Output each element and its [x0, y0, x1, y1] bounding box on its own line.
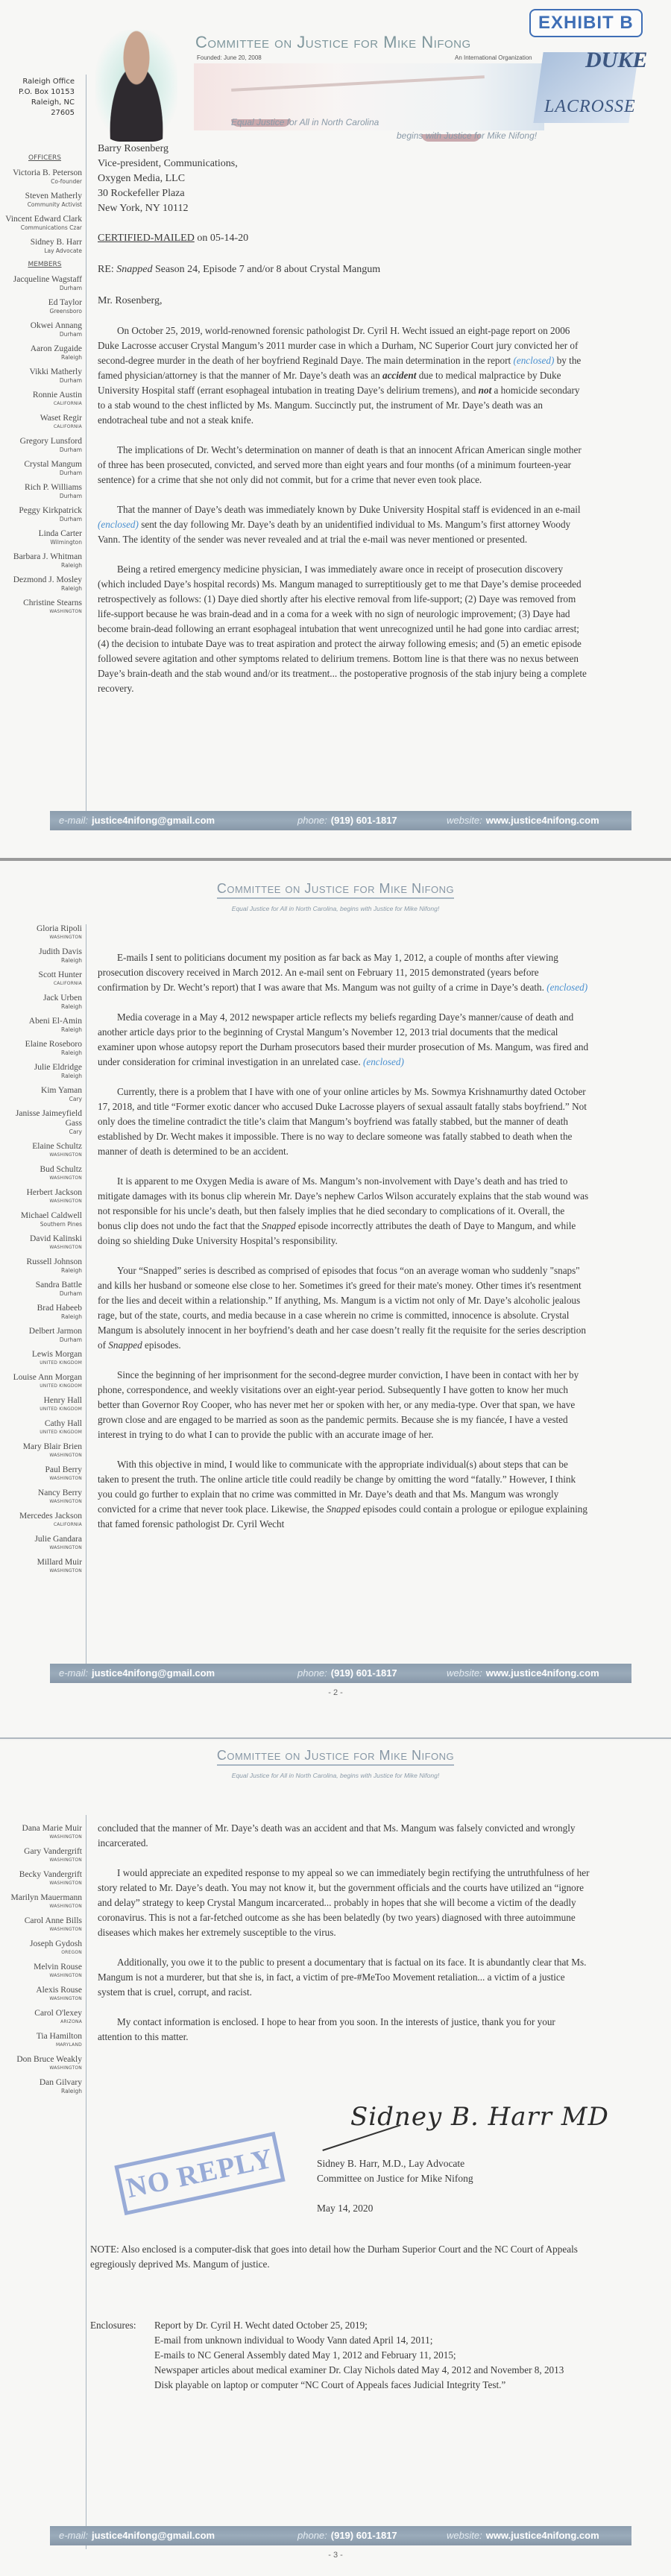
footer-website[interactable]: www.justice4nifong.com	[486, 1667, 599, 1679]
person-name: Herbert Jackson	[0, 1188, 82, 1198]
person-subtitle: WASHINGTON	[0, 1175, 82, 1182]
roster-person: Abeni El-AminRaleigh	[0, 1017, 82, 1034]
person-subtitle: WASHINGTON	[0, 2065, 82, 2072]
person-subtitle: MARYLAND	[0, 2042, 82, 2049]
person-name: Henry Hall	[0, 1396, 82, 1406]
roster-person: Herbert JacksonWASHINGTON	[0, 1188, 82, 1205]
page-number: - 2 -	[0, 1688, 671, 1697]
person-name: Vincent Edward Clark	[0, 215, 82, 224]
person-name: Don Bruce Weakly	[0, 2055, 82, 2065]
person-subtitle: Durham	[0, 377, 82, 385]
page-2: Committee on Justice for Mike Nifong Equ…	[0, 861, 671, 1737]
paragraph-4: Being a retired emergency medicine physi…	[98, 562, 590, 696]
person-name: Peggy Kirkpatrick	[0, 506, 82, 516]
exhibit-stamp: EXHIBIT B	[529, 9, 643, 37]
person-subtitle: Raleigh	[0, 585, 82, 593]
paragraph-12: I would appreciate an expedited response…	[98, 1866, 590, 1940]
person-name: Nancy Berry	[0, 1489, 82, 1498]
office-city: Raleigh, NC	[0, 98, 75, 108]
person-name: Okwei Annang	[0, 321, 82, 331]
person-name: Barbara J. Whitman	[0, 552, 82, 562]
person-name: Steven Matherly	[0, 192, 82, 201]
re-prefix: RE:	[98, 264, 116, 275]
person-subtitle: WASHINGTON	[0, 934, 82, 941]
roster-person: Steven MatherlyCommunity Activist	[0, 192, 82, 209]
person-subtitle: Durham	[0, 516, 82, 523]
person-subtitle: Raleigh	[0, 354, 82, 362]
enclosures-label: Enclosures:	[90, 2318, 136, 2333]
person-name: Cathy Hall	[0, 1419, 82, 1429]
person-subtitle: Raleigh	[0, 1267, 82, 1275]
paragraph-11-cont: concluded that the manner of Mr. Daye’s …	[98, 1821, 590, 1851]
person-subtitle: WASHINGTON	[0, 1995, 82, 2003]
person-subtitle: Greensboro	[0, 308, 82, 315]
note-paragraph: NOTE: Also enclosed is a computer-disk t…	[90, 2242, 597, 2272]
roster-person: Sandra BattleDurham	[0, 1281, 82, 1298]
roster-page-1: OFFICERS Victoria B. PetersonCo-founderS…	[0, 154, 82, 622]
roster-person: David KalinskiWASHINGTON	[0, 1234, 82, 1251]
person-subtitle: CALIFORNIA	[0, 1521, 82, 1529]
person-name: Marilyn Mauermann	[0, 1893, 82, 1903]
letterhead: Committee on Justice for Mike Nifong Fou…	[0, 0, 671, 142]
roster-person: Cathy HallUNITED KINGDOM	[0, 1419, 82, 1436]
roster-person: Scott HunterCALIFORNIA	[0, 970, 82, 988]
roster-person: Victoria B. PetersonCo-founder	[0, 168, 82, 186]
person-subtitle: Community Activist	[0, 201, 82, 209]
paragraph-13: Additionally, you owe it to the public t…	[98, 1955, 590, 2000]
person-subtitle: UNITED KINGDOM	[0, 1429, 82, 1436]
roster-person: Jacqueline WagstaffDurham	[0, 275, 82, 292]
text-run: Snapped	[327, 1503, 360, 1515]
letterhead-tagline: Equal Justice for All in North Carolina,…	[0, 905, 671, 912]
text-run: e-mail:	[59, 815, 88, 826]
person-subtitle: WASHINGTON	[0, 1568, 82, 1575]
letter-body-page-2: E-mails I sent to politicians document m…	[98, 950, 590, 1532]
person-name: Elaine Schultz	[0, 1142, 82, 1152]
text-run: phone:	[297, 1667, 327, 1679]
certified-date: on 05-14-20	[195, 233, 248, 244]
person-subtitle: Raleigh	[0, 1313, 82, 1321]
re-show-title: Snapped	[116, 264, 152, 275]
person-subtitle: OREGON	[0, 1949, 82, 1957]
tagline-part2: begins with Justice for Mike Nifong!	[397, 130, 537, 141]
enclosure-item: Newspaper articles about medical examine…	[154, 2363, 612, 2378]
letterhead-small: Committee on Justice for Mike Nifong Equ…	[0, 1748, 671, 1779]
roster-person: Don Bruce WeaklyWASHINGTON	[0, 2055, 82, 2072]
recipient-name: Barry Rosenberg	[98, 142, 590, 157]
roster-person: Dan GilvaryRaleigh	[0, 2078, 82, 2095]
person-subtitle: CALIFORNIA	[0, 980, 82, 988]
text-run: accident	[382, 370, 416, 381]
enclosed-tag: (enclosed)	[546, 982, 587, 993]
person-subtitle: Raleigh	[0, 1073, 82, 1080]
roster-person: Nancy BerryWASHINGTON	[0, 1489, 82, 1506]
roster-person: Paul BerryWASHINGTON	[0, 1465, 82, 1483]
person-subtitle: WASHINGTON	[0, 1452, 82, 1459]
letterhead-small: Committee on Justice for Mike Nifong Equ…	[0, 881, 671, 912]
roster-person: Becky VandergriftWASHINGTON	[0, 1870, 82, 1887]
text-run: phone:	[297, 815, 327, 826]
duke-logo-text: DUKE	[585, 48, 647, 73]
person-name: Becky Vandergrift	[0, 1870, 82, 1880]
person-subtitle: Durham	[0, 1290, 82, 1298]
letterhead-tagline: Equal Justice for All in North Carolina,…	[0, 1772, 671, 1779]
person-name: Jacqueline Wagstaff	[0, 275, 82, 285]
enclosed-tag: (enclosed)	[98, 519, 139, 530]
roster-person: Tia HamiltonMARYLAND	[0, 2032, 82, 2049]
person-subtitle: Raleigh	[0, 562, 82, 569]
roster-person: Vincent Edward ClarkCommunications Czar	[0, 215, 82, 232]
paragraph-6: Media coverage in a May 4, 2012 newspape…	[98, 1010, 590, 1070]
person-name: Dan Gilvary	[0, 2078, 82, 2088]
certified-label: CERTIFIED-MAILED	[98, 233, 195, 244]
person-name: Crystal Mangum	[0, 460, 82, 470]
person-subtitle: Raleigh	[0, 957, 82, 965]
person-name: Ronnie Austin	[0, 391, 82, 400]
roster-person: Aaron ZugaideRaleigh	[0, 344, 82, 362]
paragraph-8: It is apparent to me Oxygen Media is awa…	[98, 1174, 590, 1248]
enclosed-tag: (enclosed)	[363, 1056, 404, 1067]
enclosure-item: Disk playable on laptop or computer “NC …	[154, 2378, 612, 2393]
person-subtitle: WASHINGTON	[0, 1880, 82, 1887]
officers-heading: OFFICERS	[7, 154, 82, 162]
person-name: Gary Vandergrift	[0, 1847, 82, 1857]
recipient-street: 30 Rockefeller Plaza	[98, 186, 590, 201]
paragraph-5: E-mails I sent to politicians document m…	[98, 950, 590, 995]
letterhead-title: Committee on Justice for Mike Nifong	[195, 33, 471, 52]
roster-person: Rich P. WilliamsDurham	[0, 483, 82, 500]
person-name: Dana Marie Muir	[0, 1824, 82, 1834]
sidebar-divider	[86, 924, 86, 1670]
person-subtitle: ARIZONA	[0, 2018, 82, 2026]
page-number: - 3 -	[0, 2551, 671, 2560]
sidebar-divider	[86, 75, 86, 820]
paragraph-7: Currently, there is a problem that I hav…	[98, 1085, 590, 1159]
person-name: Abeni El-Amin	[0, 1017, 82, 1026]
text-run: not	[479, 385, 492, 396]
office-zip: 27605	[0, 108, 75, 119]
text-run: On October 25, 2019, world-renowned fore…	[98, 325, 578, 366]
roster-person: Dezmond J. MosleyRaleigh	[0, 575, 82, 593]
footer-phone: (919) 601-1817	[331, 1667, 397, 1679]
handwritten-signature: Sidney B. Harr MD	[350, 2102, 609, 2132]
person-name: Elaine Roseboro	[0, 1040, 82, 1049]
footer-website[interactable]: www.justice4nifong.com	[486, 2530, 599, 2541]
text-run: website:	[447, 2530, 482, 2541]
person-name: Scott Hunter	[0, 970, 82, 980]
person-subtitle: Lay Advocate	[0, 247, 82, 255]
person-name: Brad Habeeb	[0, 1304, 82, 1313]
person-name: Sandra Battle	[0, 1281, 82, 1290]
roster-person: Sidney B. HarrLay Advocate	[0, 238, 82, 255]
roster-person: Michael CaldwellSouthern Pines	[0, 1211, 82, 1228]
letterhead-title: Committee on Justice for Mike Nifong	[217, 1748, 454, 1766]
person-name: Louise Ann Morgan	[0, 1373, 82, 1383]
person-name: Michael Caldwell	[0, 1211, 82, 1221]
footer-phone: (919) 601-1817	[331, 2530, 397, 2541]
re-rest: Season 24, Episode 7 and/or 8 about Crys…	[153, 264, 381, 275]
roster-person: Millard MuirWASHINGTON	[0, 1558, 82, 1575]
office-name: Raleigh Office	[0, 77, 75, 87]
text-run: website:	[447, 1667, 482, 1679]
roster-person: Alexis RouseWASHINGTON	[0, 1986, 82, 2003]
certified-mail-line: CERTIFIED-MAILED on 05-14-20	[98, 231, 590, 246]
roster-person: Brad HabeebRaleigh	[0, 1304, 82, 1321]
person-name: Gregory Lunsford	[0, 437, 82, 446]
text-run: sent the day following Mr. Daye’s death …	[98, 519, 570, 545]
roster-person: Okwei AnnangDurham	[0, 321, 82, 338]
person-name: Mercedes Jackson	[0, 1512, 82, 1521]
roster-person: Julie GandaraWASHINGTON	[0, 1535, 82, 1552]
person-name: Tia Hamilton	[0, 2032, 82, 2042]
person-name: Dezmond J. Mosley	[0, 575, 82, 585]
roster-person: Bud SchultzWASHINGTON	[0, 1165, 82, 1182]
person-name: Janisse Jaimeyfield Gass	[0, 1109, 82, 1128]
text-run: e-mail:	[59, 2530, 88, 2541]
sidebar-divider	[86, 1815, 86, 2549]
person-subtitle: UNITED KINGDOM	[0, 1406, 82, 1413]
person-name: Alexis Rouse	[0, 1986, 82, 1995]
roster-page-2: Gloria RipoliWASHINGTONJudith DavisRalei…	[0, 924, 82, 1581]
recipient-address: Barry Rosenberg Vice-president, Communic…	[98, 142, 590, 216]
enclosed-tag: (enclosed)	[513, 355, 554, 366]
person-subtitle: Durham	[0, 1336, 82, 1344]
paragraph-2: The implications of Dr. Wecht’s determin…	[98, 443, 590, 487]
enclosure-item: Report by Dr. Cyril H. Wecht dated Octob…	[154, 2318, 612, 2333]
text-run: Your “Snapped” series is described as co…	[98, 1265, 586, 1351]
text-run: accident	[382, 370, 416, 381]
enclosure-item: E-mail from unknown individual to Woody …	[154, 2333, 612, 2348]
roster-person: Mary Blair BrienWASHINGTON	[0, 1442, 82, 1459]
members-heading: MEMBERS	[7, 261, 82, 268]
person-name: Bud Schultz	[0, 1165, 82, 1175]
roster-person: Ed TaylorGreensboro	[0, 298, 82, 315]
recipient-title: Vice-president, Communications,	[98, 157, 590, 171]
sign-date: May 14, 2020	[317, 2201, 473, 2216]
enclosures-list: Enclosures: Report by Dr. Cyril H. Wecht…	[90, 2318, 612, 2393]
person-name: Ed Taylor	[0, 298, 82, 308]
recipient-city: New York, NY 10112	[98, 201, 590, 216]
person-name: Paul Berry	[0, 1465, 82, 1475]
person-subtitle: WASHINGTON	[0, 1198, 82, 1205]
footer-email[interactable]: justice4nifong@gmail.com	[92, 2530, 215, 2541]
person-name: Waset Regir	[0, 414, 82, 423]
roster-person: Vikki MatherlyDurham	[0, 367, 82, 385]
roster-person: Jack UrbenRaleigh	[0, 994, 82, 1011]
roster-person: Louise Ann MorganUNITED KINGDOM	[0, 1373, 82, 1390]
person-subtitle: Durham	[0, 446, 82, 454]
text-run: website:	[447, 815, 482, 826]
person-name: Linda Carter	[0, 529, 82, 539]
roster-person: Elaine RoseboroRaleigh	[0, 1040, 82, 1057]
person-name: Carol O'lexey	[0, 2009, 82, 2018]
lacrosse-logo-text: LACROSSE	[544, 97, 636, 117]
roster-page-3: Dana Marie MuirWASHINGTONGary Vandergrif…	[0, 1824, 82, 2101]
person-name: Julie Gandara	[0, 1535, 82, 1544]
person-name: Lewis Morgan	[0, 1350, 82, 1360]
office-po-box: P.O. Box 10153	[0, 87, 75, 98]
person-subtitle: Communications Czar	[0, 224, 82, 232]
person-subtitle: Cary	[0, 1096, 82, 1103]
person-name: Carol Anne Bills	[0, 1916, 82, 1926]
person-subtitle: WASHINGTON	[0, 1972, 82, 1980]
person-name: Christine Stearns	[0, 599, 82, 608]
roster-person: Waset RegirCALIFORNIA	[0, 414, 82, 431]
person-name: Kim Yaman	[0, 1086, 82, 1096]
person-subtitle: UNITED KINGDOM	[0, 1383, 82, 1390]
footer-email[interactable]: justice4nifong@gmail.com	[92, 815, 215, 826]
person-subtitle: WASHINGTON	[0, 1926, 82, 1933]
person-name: Sidney B. Harr	[0, 238, 82, 247]
person-name: Melvin Rouse	[0, 1963, 82, 1972]
person-subtitle: Raleigh	[0, 1003, 82, 1011]
roster-person: Crystal MangumDurham	[0, 460, 82, 477]
contact-footer: e-mail:justice4nifong@gmail.com phone:(9…	[50, 2526, 631, 2545]
person-subtitle: Durham	[0, 470, 82, 477]
paragraph-3: That the manner of Daye’s death was imme…	[98, 502, 590, 547]
footer-email[interactable]: justice4nifong@gmail.com	[92, 1667, 215, 1679]
person-subtitle: Durham	[0, 493, 82, 500]
signer-org: Committee on Justice for Mike Nifong	[317, 2171, 473, 2186]
person-subtitle: WASHINGTON	[0, 1152, 82, 1159]
roster-person: Melvin RouseWASHINGTON	[0, 1963, 82, 1980]
footer-website[interactable]: www.justice4nifong.com	[486, 815, 599, 826]
roster-person: Linda CarterWilmington	[0, 529, 82, 546]
person-name: David Kalinski	[0, 1234, 82, 1244]
roster-person: Gregory LunsfordDurham	[0, 437, 82, 454]
person-name: Russell Johnson	[0, 1257, 82, 1267]
text-run: Media coverage in a May 4, 2012 newspape…	[98, 1011, 588, 1067]
roster-person: Peggy KirkpatrickDurham	[0, 506, 82, 523]
person-subtitle: Raleigh	[0, 1026, 82, 1034]
international-org-label: An International Organization	[455, 54, 532, 61]
person-name: Aaron Zugaide	[0, 344, 82, 354]
roster-person: Judith DavisRaleigh	[0, 947, 82, 965]
roster-person: Joseph GydoshOREGON	[0, 1939, 82, 1957]
roster-person: Gloria RipoliWASHINGTON	[0, 924, 82, 941]
office-address: Raleigh Office P.O. Box 10153 Raleigh, N…	[0, 77, 75, 119]
contact-footer: e-mail:justice4nifong@gmail.com phone:(9…	[50, 1664, 631, 1683]
letter-body-page-3: concluded that the manner of Mr. Daye’s …	[98, 1821, 590, 2059]
person-subtitle: CALIFORNIA	[0, 400, 82, 408]
person-subtitle: Durham	[0, 331, 82, 338]
roster-person: Julie EldridgeRaleigh	[0, 1063, 82, 1080]
signer-name: Sidney B. Harr, M.D., Lay Advocate	[317, 2156, 473, 2171]
person-subtitle: Co-founder	[0, 178, 82, 186]
recipient-company: Oxygen Media, LLC	[98, 171, 590, 186]
roster-person: Russell JohnsonRaleigh	[0, 1257, 82, 1275]
person-name: Judith Davis	[0, 947, 82, 957]
text-run: e-mail:	[59, 1667, 88, 1679]
page-separator	[0, 1737, 671, 1739]
signer-block: Sidney B. Harr, M.D., Lay Advocate Commi…	[317, 2156, 473, 2216]
roster-person: Henry HallUNITED KINGDOM	[0, 1396, 82, 1413]
person-subtitle: WASHINGTON	[0, 1544, 82, 1552]
person-subtitle: WASHINGTON	[0, 1903, 82, 1910]
person-name: Millard Muir	[0, 1558, 82, 1568]
text-run: That the manner of Daye’s death was imme…	[117, 504, 581, 515]
person-name: Jack Urben	[0, 994, 82, 1003]
roster-person: Christine StearnsWASHINGTON	[0, 599, 82, 616]
person-subtitle: WASHINGTON	[0, 1834, 82, 1841]
roster-person: Elaine SchultzWASHINGTON	[0, 1142, 82, 1159]
person-subtitle: WASHINGTON	[0, 1857, 82, 1864]
letterhead-title: Committee on Justice for Mike Nifong	[217, 881, 454, 899]
footer-phone: (919) 601-1817	[331, 815, 397, 826]
contact-footer: e-mail:justice4nifong@gmail.com phone:(9…	[50, 811, 631, 830]
letter-body-page-1: Barry Rosenberg Vice-president, Communic…	[98, 142, 590, 711]
person-subtitle: Wilmington	[0, 539, 82, 546]
roster-person: Marilyn MauermannWASHINGTON	[0, 1893, 82, 1910]
person-subtitle: WASHINGTON	[0, 1244, 82, 1251]
founded-date: Founded: June 20, 2008	[197, 54, 262, 61]
roster-person: Delbert JarmonDurham	[0, 1327, 82, 1344]
person-subtitle: WASHINGTON	[0, 1475, 82, 1483]
person-subtitle: UNITED KINGDOM	[0, 1360, 82, 1367]
roster-person: Dana Marie MuirWASHINGTON	[0, 1824, 82, 1841]
roster-person: Gary VandergriftWASHINGTON	[0, 1847, 82, 1864]
person-subtitle: Raleigh	[0, 2088, 82, 2095]
paragraph-10: Since the beginning of her imprisonment …	[98, 1368, 590, 1442]
person-name: Gloria Ripoli	[0, 924, 82, 934]
person-subtitle: WASHINGTON	[0, 608, 82, 616]
enclosure-item: E-mails to NC General Assembly dated May…	[154, 2348, 612, 2363]
page-1: Committee on Justice for Mike Nifong Fou…	[0, 0, 671, 857]
person-subtitle: Raleigh	[0, 1049, 82, 1057]
paragraph-1: On October 25, 2019, world-renowned fore…	[98, 323, 590, 428]
paragraph-9: Your “Snapped” series is described as co…	[98, 1263, 590, 1353]
salutation: Mr. Rosenberg,	[98, 294, 590, 309]
portrait-photo	[95, 30, 177, 142]
roster-person: Lewis MorganUNITED KINGDOM	[0, 1350, 82, 1367]
person-name: Victoria B. Peterson	[0, 168, 82, 178]
person-name: Rich P. Williams	[0, 483, 82, 493]
person-name: Julie Eldridge	[0, 1063, 82, 1073]
person-name: Delbert Jarmon	[0, 1327, 82, 1336]
roster-person: Barbara J. WhitmanRaleigh	[0, 552, 82, 569]
roster-person: Carol Anne BillsWASHINGTON	[0, 1916, 82, 1933]
person-name: Joseph Gydosh	[0, 1939, 82, 1949]
subject-line: RE: Snapped Season 24, Episode 7 and/or …	[98, 262, 590, 277]
paragraph-14: My contact information is enclosed. I ho…	[98, 2015, 590, 2045]
text-run: Snapped	[108, 1339, 142, 1351]
person-subtitle: Southern Pines	[0, 1221, 82, 1228]
text-run: not	[479, 385, 492, 396]
text-run: Snapped	[262, 1220, 295, 1231]
person-name: Vikki Matherly	[0, 367, 82, 377]
roster-person: Kim YamanCary	[0, 1086, 82, 1103]
person-subtitle: Durham	[0, 285, 82, 292]
text-run: episodes.	[142, 1339, 181, 1351]
text-run: E-mails I sent to politicians document m…	[98, 952, 558, 993]
person-subtitle: CALIFORNIA	[0, 423, 82, 431]
tagline-part1: Equal Justice for All in North Carolina	[231, 117, 379, 127]
roster-person: Carol O'lexeyARIZONA	[0, 2009, 82, 2026]
person-name: Mary Blair Brien	[0, 1442, 82, 1452]
roster-person: Janisse Jaimeyfield GassCary	[0, 1109, 82, 1136]
person-subtitle: Cary	[0, 1128, 82, 1136]
person-subtitle: WASHINGTON	[0, 1498, 82, 1506]
roster-person: Ronnie AustinCALIFORNIA	[0, 391, 82, 408]
roster-person: Mercedes JacksonCALIFORNIA	[0, 1512, 82, 1529]
text-run: phone:	[297, 2530, 327, 2541]
paragraph-11: With this objective in mind, I would lik…	[98, 1457, 590, 1532]
